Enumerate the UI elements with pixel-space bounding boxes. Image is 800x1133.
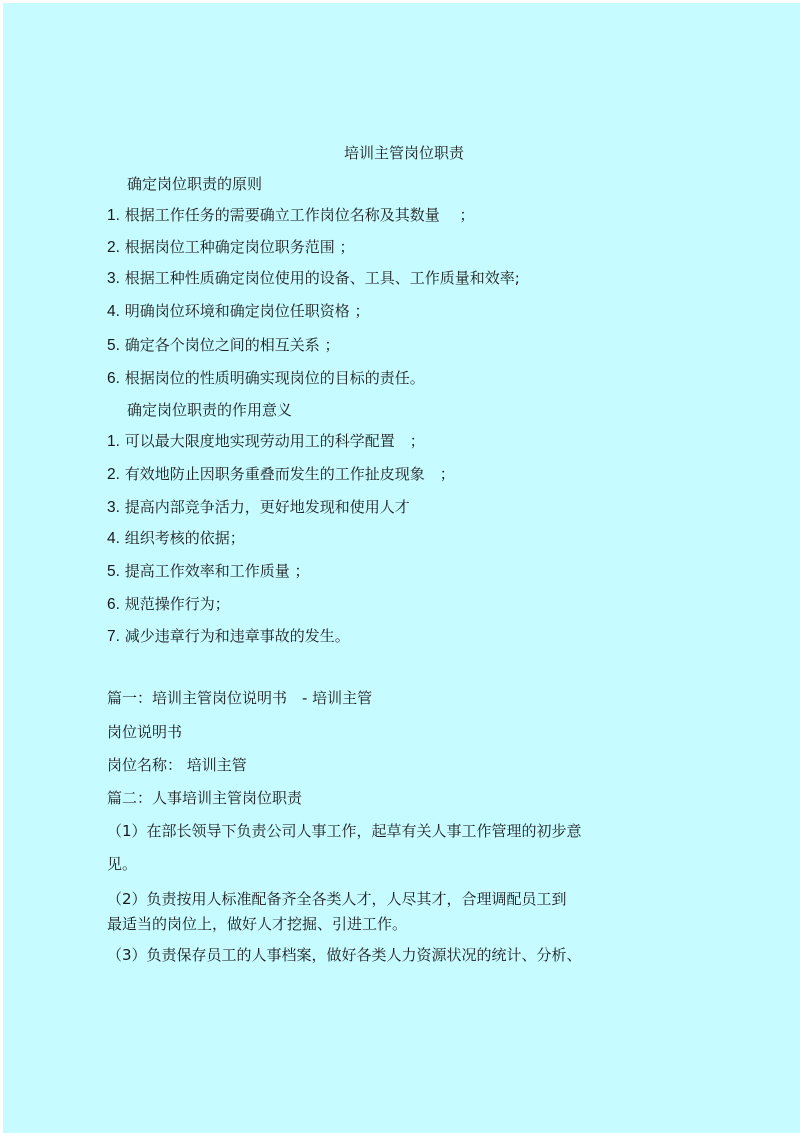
part2-heading: 篇二：人事培训主管岗位职责 xyxy=(107,788,302,808)
list-item: 2. 根据岗位工种确定岗位职务范围 ； xyxy=(107,237,355,258)
list-item: 4. 组织考核的依据； xyxy=(107,528,245,549)
paragraph-line: 最适当的岗位上，做好人才挖掘、引进工作。 xyxy=(107,914,407,934)
list-item: 1. 可以最大限度地实现劳动用工的科学配置 ； xyxy=(107,431,425,452)
list-item: 2. 有效地防止因职务重叠而发生的工作扯皮现象 ； xyxy=(107,464,455,485)
list-item: 7. 减少违章行为和违章事故的发生。 xyxy=(107,626,350,647)
paragraph-line: （1）在部长领导下负责公司人事工作，起草有关人事工作管理的初步意 xyxy=(107,821,582,841)
list-item: 1. 根据工作任务的需要确立工作岗位名称及其数量 ； xyxy=(107,205,475,226)
list-item: 5. 确定各个岗位之间的相互关系 ； xyxy=(107,335,340,356)
section-heading-principles: 确定岗位职责的原则 xyxy=(127,174,262,194)
section-heading-significance: 确定岗位职责的作用意义 xyxy=(127,400,292,420)
document-title: 培训主管岗位职责 xyxy=(344,143,464,163)
list-item: 6. 规范操作行为； xyxy=(107,594,230,615)
position-name: 岗位名称： 培训主管 xyxy=(107,755,247,775)
list-item: 3. 根据工种性质确定岗位使用的设备、工具、工作质量和效率; xyxy=(107,268,520,289)
paragraph-line: （2）负责按用人标准配备齐全各类人才，人尽其才，合理调配员工到 xyxy=(107,889,567,909)
list-item: 3. 提高内部竞争活力，更好地发现和使用人才 xyxy=(107,497,410,518)
paragraph-line: （3）负责保存员工的人事档案，做好各类人力资源状况的统计、分析、 xyxy=(107,945,582,965)
list-item: 5. 提高工作效率和工作质量 ； xyxy=(107,561,310,582)
list-item: 6. 根据岗位的性质明确实现岗位的目标的责任。 xyxy=(107,368,425,389)
paragraph-line: 见。 xyxy=(107,854,137,874)
list-item: 4. 明确岗位环境和确定岗位任职资格 ； xyxy=(107,301,370,322)
part1-heading: 篇一：培训主管岗位说明书 - 培训主管 xyxy=(107,688,372,708)
part1-subheading: 岗位说明书 xyxy=(107,722,182,742)
